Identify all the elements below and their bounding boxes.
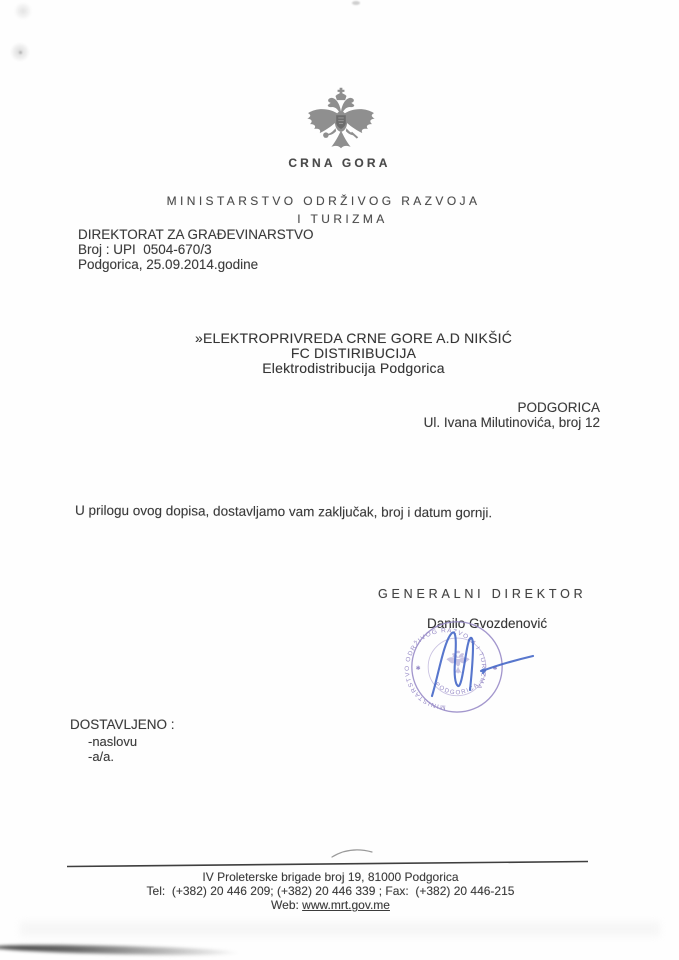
footer-web-label: Web: [271, 898, 302, 912]
stamp-star-left: ✱ [416, 665, 421, 672]
ministry-name-line1: MINISTARSTVO ODRŽIVOG RAZVOJA [0, 194, 663, 208]
scan-artifact-mark [352, 1, 360, 5]
footer-contacts: Tel: (+382) 20 446 209; (+382) 20 446 33… [0, 884, 670, 898]
recipient-unit: Elektrodistribucija Podgorica [14, 361, 679, 376]
footer-web-url: www.mrt.gov.me [302, 898, 390, 912]
scan-artifact-smudge [10, 42, 30, 62]
case-number: Broj : UPI 0504-670/3 [78, 242, 314, 257]
footer-address: IV Proleterske brigade broj 19, 81000 Po… [0, 870, 670, 884]
sender-meta-block: DIREKTORAT ZA GRAĐEVINARSTVO Broj : UPI … [78, 227, 314, 272]
ministry-name-line2: I TURIZMA [3, 212, 679, 226]
recipient-department: FC DISTIRIBUCIJA [14, 346, 679, 361]
footer-block: IV Proleterske brigade broj 19, 81000 Po… [0, 870, 670, 913]
country-name: CRNA GORA [0, 156, 679, 170]
distribution-item: -naslovu [88, 734, 137, 749]
place-and-date: Podgorica, 25.09.2014.godine [78, 257, 314, 272]
distribution-label: DOSTAVLJENO : [70, 717, 175, 732]
scanned-letter-page: CRNA GORA MINISTARSTVO ODRŽIVOG RAZVOJA … [0, 0, 679, 960]
recipient-city: PODGORICA [424, 401, 600, 416]
footer-web-line: Web: www.mrt.gov.me [0, 898, 670, 912]
recipient-company: »ELEKTROPRIVREDA CRNE GORE A.D NIKŠIĆ [14, 331, 679, 346]
letter-body-paragraph: U prilogu ovog dopisa, dostavljamo vam z… [75, 503, 492, 521]
recipient-block: »ELEKTROPRIVREDA CRNE GORE A.D NIKŠIĆ FC… [14, 331, 679, 375]
scan-artifact-band [20, 922, 660, 936]
scan-artifact-page-edge [0, 943, 240, 957]
signatory-title: GENERALNI DIREKTOR [378, 587, 586, 601]
recipient-address-block: PODGORICA Ul. Ivana Milutinovića, broj 1… [424, 401, 600, 430]
directorate-name: DIREKTORAT ZA GRAĐEVINARSTVO [78, 227, 314, 242]
distribution-item: -a/a. [88, 749, 114, 764]
scan-artifact-smudge [14, 2, 32, 20]
coat-of-arms-icon [299, 87, 383, 153]
recipient-street: Ul. Ivana Milutinovića, broj 12 [424, 416, 600, 431]
handwritten-signature [424, 622, 539, 707]
